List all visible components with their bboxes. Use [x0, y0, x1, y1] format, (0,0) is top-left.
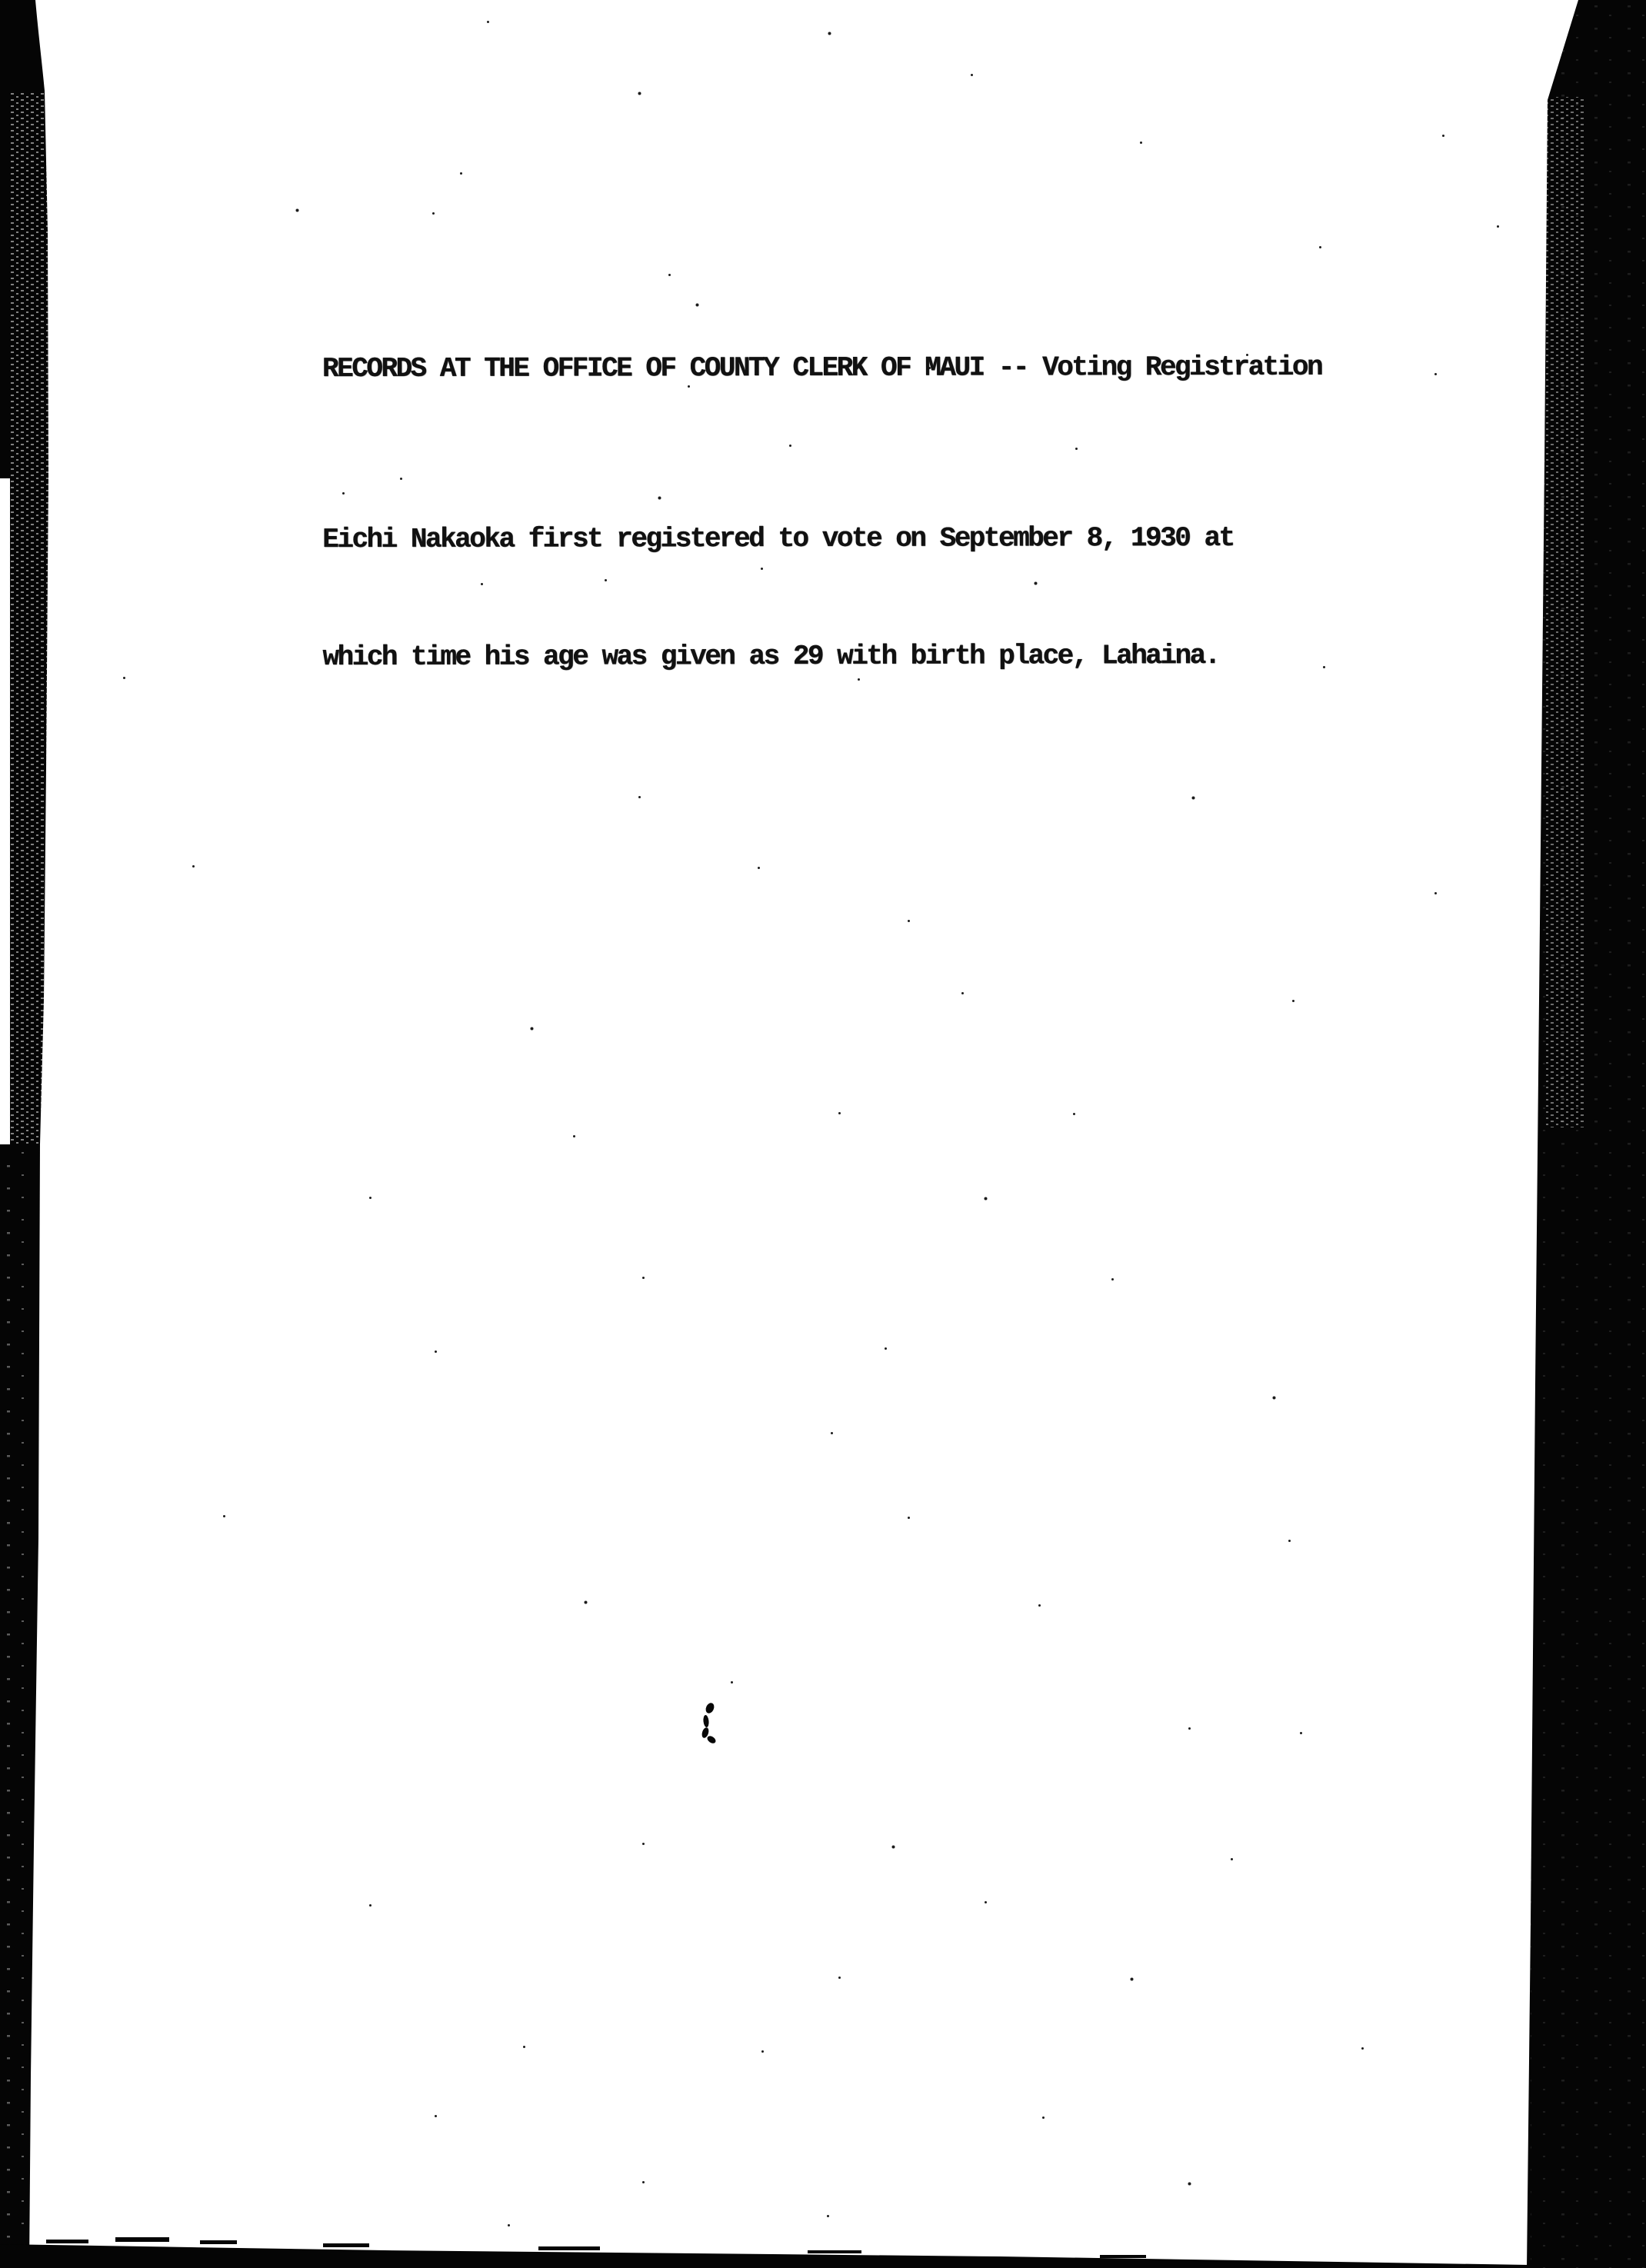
bottom-border-ragged-edge: [46, 2237, 1146, 2258]
left-border-strip: [0, 0, 48, 2268]
document-body: Eichi Nakaoka first registered to vote o…: [322, 440, 1234, 755]
ink-squiggle-mark: [701, 1702, 717, 1745]
bottom-border-band: [0, 2244, 1529, 2268]
body-line-2: which time his age was given as 29 with …: [322, 636, 1234, 677]
body-line-1: Eichi Nakaoka first registered to vote o…: [322, 518, 1234, 559]
scan-noise-specks: [0, 0, 2, 2]
scan-border-artifacts: [0, 0, 1646, 2268]
scanned-document-page: RECORDS AT THE OFFICE OF COUNTY CLERK OF…: [0, 0, 1646, 2268]
document-title: RECORDS AT THE OFFICE OF COUNTY CLERK OF…: [322, 352, 1321, 385]
right-border-strip: [1527, 0, 1646, 2268]
left-border-gap: [0, 478, 10, 1144]
